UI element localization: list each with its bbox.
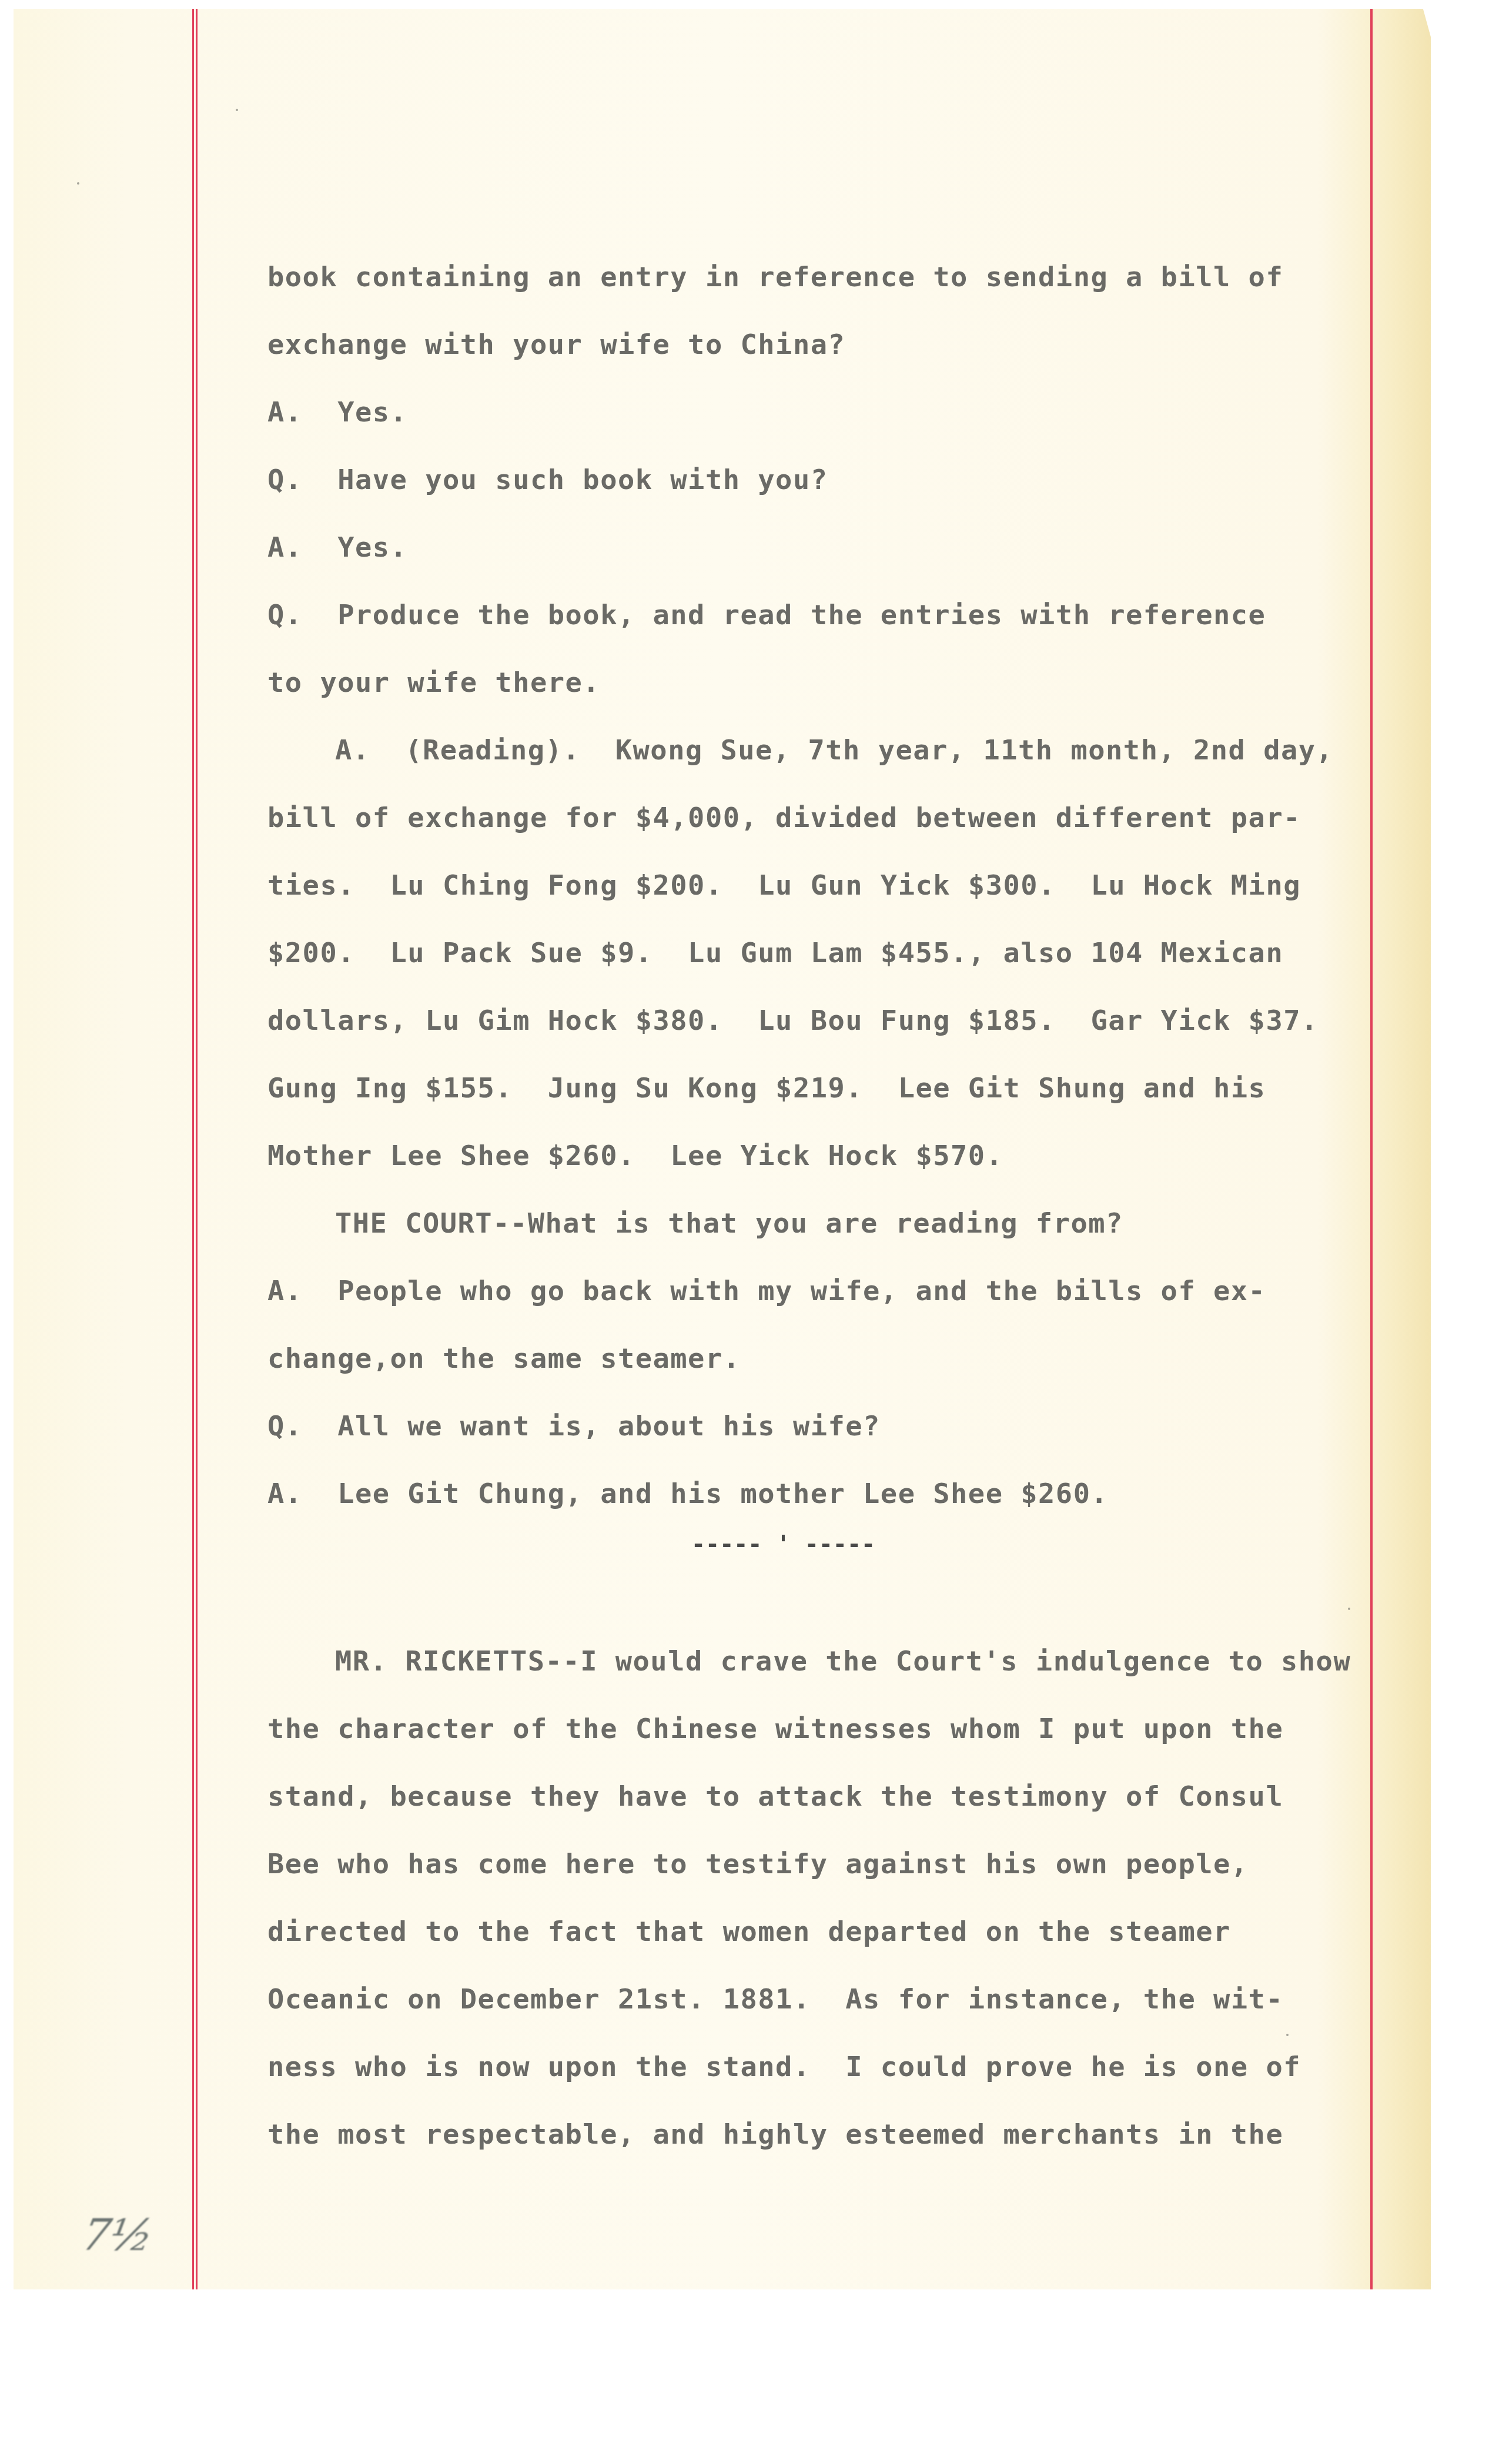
answer-line: A. Yes. bbox=[267, 395, 407, 430]
transcript-line: Oceanic on December 21st. 1881. As for i… bbox=[267, 1982, 1283, 2017]
transcript-line: ness who is now upon the stand. I could … bbox=[267, 2050, 1301, 2085]
question-line: Q. All we want is, about his wife? bbox=[267, 1409, 881, 1444]
paper-page: book containing an entry in reference to… bbox=[14, 9, 1431, 2289]
transcript-line: $200. Lu Pack Sue $9. Lu Gum Lam $455., … bbox=[267, 936, 1283, 971]
answer-line: A. People who go back with my wife, and … bbox=[267, 1274, 1266, 1309]
transcript-line: change,on the same steamer. bbox=[267, 1341, 741, 1377]
transcript-line: bill of exchange for $4,000, divided bet… bbox=[267, 801, 1301, 836]
transcript-line: Mother Lee Shee $260. Lee Yick Hock $570… bbox=[267, 1139, 1003, 1174]
transcript-line: directed to the fact that women departed… bbox=[267, 1914, 1231, 1950]
handwritten-page-number: 7½ bbox=[78, 2210, 157, 2261]
transcript-line: Bee who has come here to testify against… bbox=[267, 1847, 1249, 1882]
ink-speck bbox=[1286, 2034, 1289, 2036]
transcript-line: to your wife there. bbox=[267, 665, 600, 701]
transcript-line: Gung Ing $155. Jung Su Kong $219. Lee Gi… bbox=[267, 1071, 1266, 1106]
transcript-line: exchange with your wife to China? bbox=[267, 327, 845, 363]
transcript-line: ties. Lu Ching Fong $200. Lu Gun Yick $3… bbox=[267, 868, 1301, 903]
answer-line: A. (Reading). Kwong Sue, 7th year, 11th … bbox=[335, 733, 1333, 768]
transcript-line: the most respectable, and highly esteeme… bbox=[267, 2117, 1283, 2152]
question-line: Q. Have you such book with you? bbox=[267, 463, 828, 498]
answer-line: A. Lee Git Chung, and his mother Lee She… bbox=[267, 1477, 1108, 1512]
transcript-line: dollars, Lu Gim Hock $380. Lu Bou Fung $… bbox=[267, 1003, 1319, 1039]
answer-line: A. Yes. bbox=[267, 530, 407, 565]
counsel-line: MR. RICKETTS--I would crave the Court's … bbox=[335, 1644, 1351, 1679]
ink-speck bbox=[77, 182, 79, 185]
section-separator: ----- ' ----- bbox=[691, 1531, 875, 1558]
transcript-body: book containing an entry in reference to… bbox=[14, 9, 1431, 979]
ink-speck bbox=[236, 109, 238, 111]
transcript-line: book containing an entry in reference to… bbox=[267, 260, 1283, 295]
transcript-line: the character of the Chinese witnesses w… bbox=[267, 1712, 1283, 1747]
transcript-line: stand, because they have to attack the t… bbox=[267, 1779, 1283, 1814]
ink-speck bbox=[1348, 1608, 1350, 1610]
question-line: Q. Produce the book, and read the entrie… bbox=[267, 598, 1266, 633]
court-line: THE COURT--What is that you are reading … bbox=[335, 1206, 1123, 1241]
